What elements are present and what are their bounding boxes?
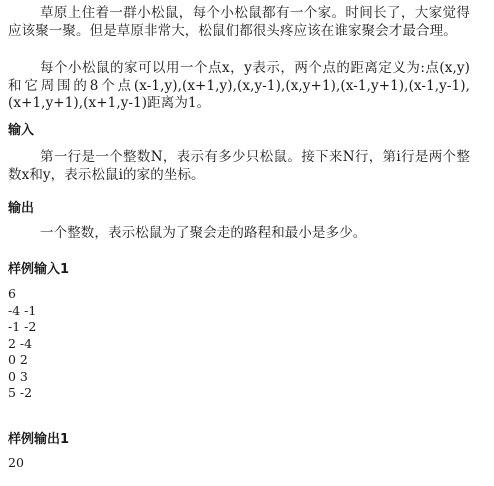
input-heading: 输入 [8, 123, 34, 139]
sample-input-line: 6 [8, 286, 36, 303]
sample-input-line: 5 -2 [8, 385, 36, 402]
output-description: 一个整数，表示松鼠为了聚会走的路程和最小是多少。 [8, 225, 470, 243]
sample-input-line: -4 -1 [8, 303, 36, 320]
sample-output-heading: 样例输出1 [8, 432, 69, 448]
description-paragraph-1: 草原上住着一群小松鼠，每个小松鼠都有一个家。时间长了，大家觉得应该聚一聚。但是草… [8, 5, 470, 40]
sample-output-line: 20 [8, 455, 24, 472]
sample-input-heading: 样例输入1 [8, 262, 69, 278]
output-heading: 输出 [8, 201, 34, 217]
sample-output-block: 20 [8, 455, 24, 472]
sample-input-line: 2 -4 [8, 336, 36, 353]
sample-input-block: 6 -4 -1 -1 -2 2 -4 0 2 0 3 5 -2 [8, 286, 36, 402]
description-paragraph-2: 每个小松鼠的家可以用一个点x，y表示，两个点的距离定义为:点(x,y)和它周围的… [8, 60, 470, 113]
sample-input-line: 0 3 [8, 369, 36, 386]
input-description: 第一行是一个整数N，表示有多少只松鼠。接下来N行，第i行是两个整数x和y，表示松… [8, 149, 470, 184]
sample-input-line: 0 2 [8, 352, 36, 369]
sample-input-line: -1 -2 [8, 319, 36, 336]
